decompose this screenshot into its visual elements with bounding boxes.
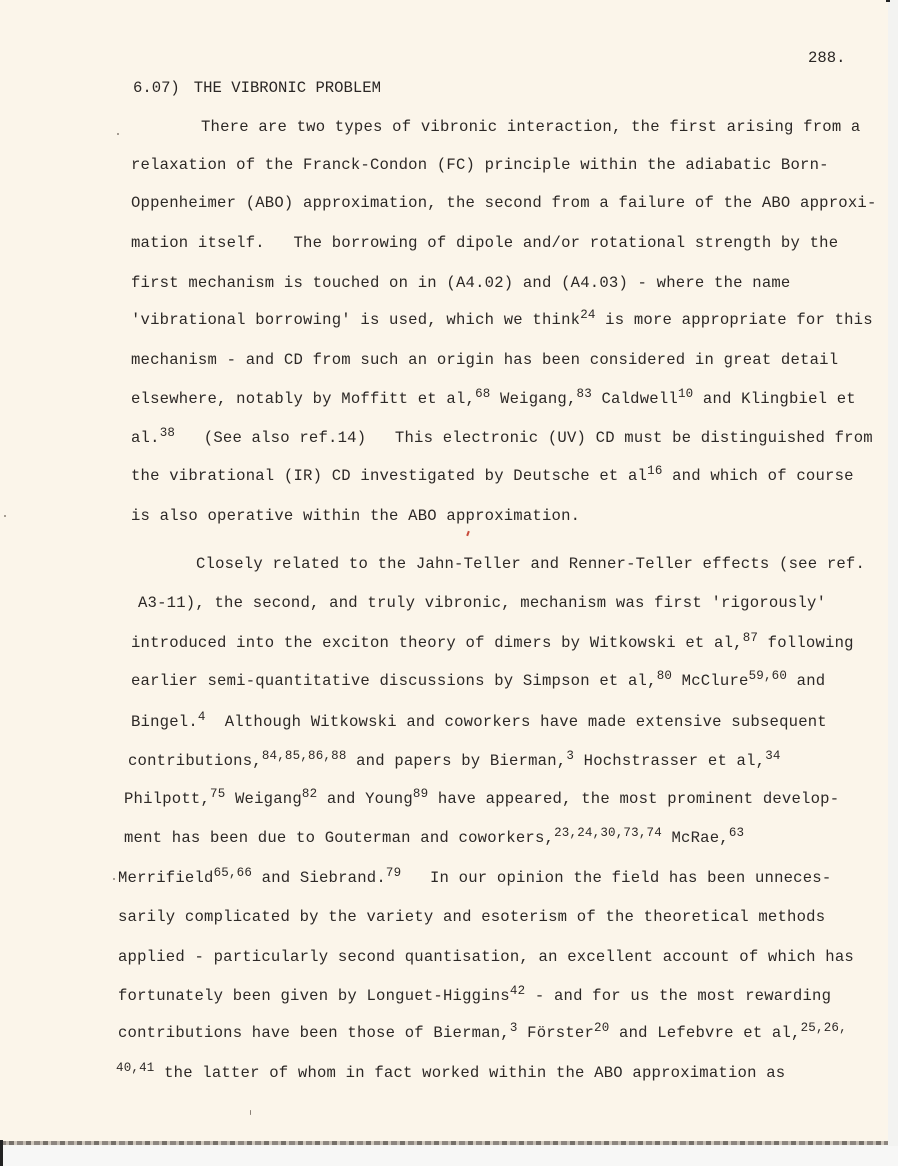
citation-superscript: 89 xyxy=(413,787,428,801)
paper-speck xyxy=(4,515,6,517)
text-segment: first mechanism is touched on in (A4.02)… xyxy=(131,274,791,292)
text-line: is also operative within the ABO approxi… xyxy=(131,509,580,525)
text-segment: Closely related to the Jahn-Teller and R… xyxy=(196,555,865,573)
citation-superscript: 4 xyxy=(198,710,206,724)
text-segment: Oppenheimer (ABO) approximation, the sec… xyxy=(131,194,877,212)
text-segment: Caldwell xyxy=(592,390,678,408)
text-segment: In our opinion the field has been unnece… xyxy=(401,869,831,887)
citation-superscript: 24 xyxy=(580,308,595,322)
text-line: elsewhere, notably by Moffitt et al,68 W… xyxy=(131,392,856,408)
text-segment: al. xyxy=(131,429,160,447)
text-line: mation itself. The borrowing of dipole a… xyxy=(131,236,838,252)
citation-superscript: 87 xyxy=(743,631,758,645)
text-segment: and papers by Bierman, xyxy=(347,752,567,770)
text-segment: and xyxy=(787,672,825,690)
page-bottom-edge xyxy=(0,1141,888,1145)
text-segment: is more appropriate for this xyxy=(596,311,873,329)
scan-margin-right xyxy=(888,0,898,1166)
text-segment: A3-11), the second, and truly vibronic, … xyxy=(138,594,826,612)
citation-superscript: 3 xyxy=(566,749,574,763)
citation-superscript: 34 xyxy=(765,749,780,763)
text-segment: There are two types of vibronic interact… xyxy=(201,118,861,136)
citation-superscript: 79 xyxy=(386,866,401,880)
text-segment: introduced into the exciton theory of di… xyxy=(131,634,743,652)
scan-mark-top xyxy=(886,0,890,2)
text-line: contributions have been those of Bierman… xyxy=(118,1026,847,1042)
citation-superscript: 25,26, xyxy=(801,1021,847,1035)
citation-superscript: 23,24,30,73,74 xyxy=(554,826,662,840)
text-line: fortunately been given by Longuet-Higgin… xyxy=(118,989,831,1005)
text-segment: and Klingbiel et xyxy=(693,390,855,408)
text-segment: ment has been due to Gouterman and cowor… xyxy=(124,829,554,847)
text-line: Bingel.4 Although Witkowski and coworker… xyxy=(131,715,827,731)
text-line: applied - particularly second quantisati… xyxy=(118,950,854,966)
text-line: introduced into the exciton theory of di… xyxy=(131,636,854,652)
text-segment: (See also ref.14) This electronic (UV) C… xyxy=(175,429,873,447)
text-segment: sarily complicated by the variety and es… xyxy=(118,908,825,926)
citation-superscript: 83 xyxy=(577,387,592,401)
text-line: mechanism - and CD from such an origin h… xyxy=(131,353,838,369)
text-line: contributions,84,85,86,88 and papers by … xyxy=(128,754,781,770)
text-segment: Weigang xyxy=(225,790,301,808)
text-segment: Weigang, xyxy=(491,390,577,408)
text-segment: Förster xyxy=(518,1024,594,1042)
text-line: 'vibrational borrowing' is used, which w… xyxy=(131,313,873,329)
citation-superscript: 40,41 xyxy=(116,1061,155,1075)
text-segment: and which of course xyxy=(663,467,854,485)
text-segment: mation itself. The borrowing of dipole a… xyxy=(131,234,838,252)
citation-superscript: 3 xyxy=(510,1021,518,1035)
paper-speck xyxy=(113,878,115,880)
text-segment: Hochstrasser et al, xyxy=(574,752,765,770)
citation-superscript: 63 xyxy=(729,826,744,840)
text-segment: Bingel. xyxy=(131,713,198,731)
text-segment: Philpott, xyxy=(124,790,210,808)
text-segment: earlier semi-quantitative discussions by… xyxy=(131,672,657,690)
text-line: A3-11), the second, and truly vibronic, … xyxy=(138,596,826,612)
text-segment: McClure xyxy=(672,672,748,690)
text-line: 40,41 the latter of whom in fact worked … xyxy=(116,1066,785,1082)
citation-superscript: 75 xyxy=(210,787,225,801)
paper-speck xyxy=(117,133,119,135)
scan-margin-bottom xyxy=(0,1146,898,1166)
text-segment: the latter of whom in fact worked within… xyxy=(155,1064,786,1082)
citation-superscript: 65,66 xyxy=(214,866,253,880)
scan-mark-left xyxy=(0,1140,3,1166)
citation-superscript: 42 xyxy=(510,984,525,998)
text-line: first mechanism is touched on in (A4.02)… xyxy=(131,276,791,292)
text-segment: applied - particularly second quantisati… xyxy=(118,948,854,966)
text-segment: 'vibrational borrowing' is used, which w… xyxy=(131,311,580,329)
citation-superscript: 84,85,86,88 xyxy=(262,749,347,763)
text-segment: the vibrational (IR) CD investigated by … xyxy=(131,467,647,485)
text-segment: elsewhere, notably by Moffitt et al, xyxy=(131,390,475,408)
text-line: sarily complicated by the variety and es… xyxy=(118,910,825,926)
text-segment: and Lefebvre et al, xyxy=(609,1024,800,1042)
text-line: There are two types of vibronic interact… xyxy=(201,120,861,136)
text-line: ment has been due to Gouterman and cowor… xyxy=(124,831,744,847)
section-title: THE VIBRONIC PROBLEM xyxy=(194,79,381,97)
page-number: 288. xyxy=(808,49,845,67)
text-line: Closely related to the Jahn-Teller and R… xyxy=(196,557,865,573)
text-segment: McRae, xyxy=(662,829,729,847)
section-heading: 6.07)THE VIBRONIC PROBLEM xyxy=(133,79,381,97)
citation-superscript: 80 xyxy=(657,669,672,683)
citation-superscript: 20 xyxy=(594,1021,609,1035)
text-line: Oppenheimer (ABO) approximation, the sec… xyxy=(131,196,877,212)
citation-superscript: 16 xyxy=(647,464,662,478)
text-segment: contributions have been those of Bierman… xyxy=(118,1024,510,1042)
text-segment: contributions, xyxy=(128,752,262,770)
text-line: Merrifield65,66 and Siebrand.79 In our o… xyxy=(118,871,831,887)
text-segment: and Young xyxy=(317,790,413,808)
text-segment: Although Witkowski and coworkers have ma… xyxy=(206,713,827,731)
citation-superscript: 38 xyxy=(160,426,175,440)
text-segment: following xyxy=(758,634,854,652)
citation-superscript: 68 xyxy=(475,387,490,401)
citation-superscript: 59,60 xyxy=(749,669,788,683)
text-line: earlier semi-quantitative discussions by… xyxy=(131,674,825,690)
paper-speck xyxy=(250,1110,251,1115)
text-segment: and Siebrand. xyxy=(252,869,386,887)
citation-superscript: 82 xyxy=(302,787,317,801)
text-segment: - and for us the most rewarding xyxy=(525,987,831,1005)
text-segment: Merrifield xyxy=(118,869,214,887)
text-line: the vibrational (IR) CD investigated by … xyxy=(131,469,854,485)
text-segment: have appeared, the most prominent develo… xyxy=(428,790,839,808)
text-line: al.38 (See also ref.14) This electronic … xyxy=(131,431,873,447)
citation-superscript: 10 xyxy=(678,387,693,401)
text-segment: fortunately been given by Longuet-Higgin… xyxy=(118,987,510,1005)
text-segment: is also operative within the ABO approxi… xyxy=(131,507,580,525)
section-number: 6.07) xyxy=(133,79,180,97)
text-segment: mechanism - and CD from such an origin h… xyxy=(131,351,838,369)
text-line: relaxation of the Franck-Condon (FC) pri… xyxy=(131,158,829,174)
text-line: Philpott,75 Weigang82 and Young89 have a… xyxy=(124,792,839,808)
text-segment: relaxation of the Franck-Condon (FC) pri… xyxy=(131,156,829,174)
